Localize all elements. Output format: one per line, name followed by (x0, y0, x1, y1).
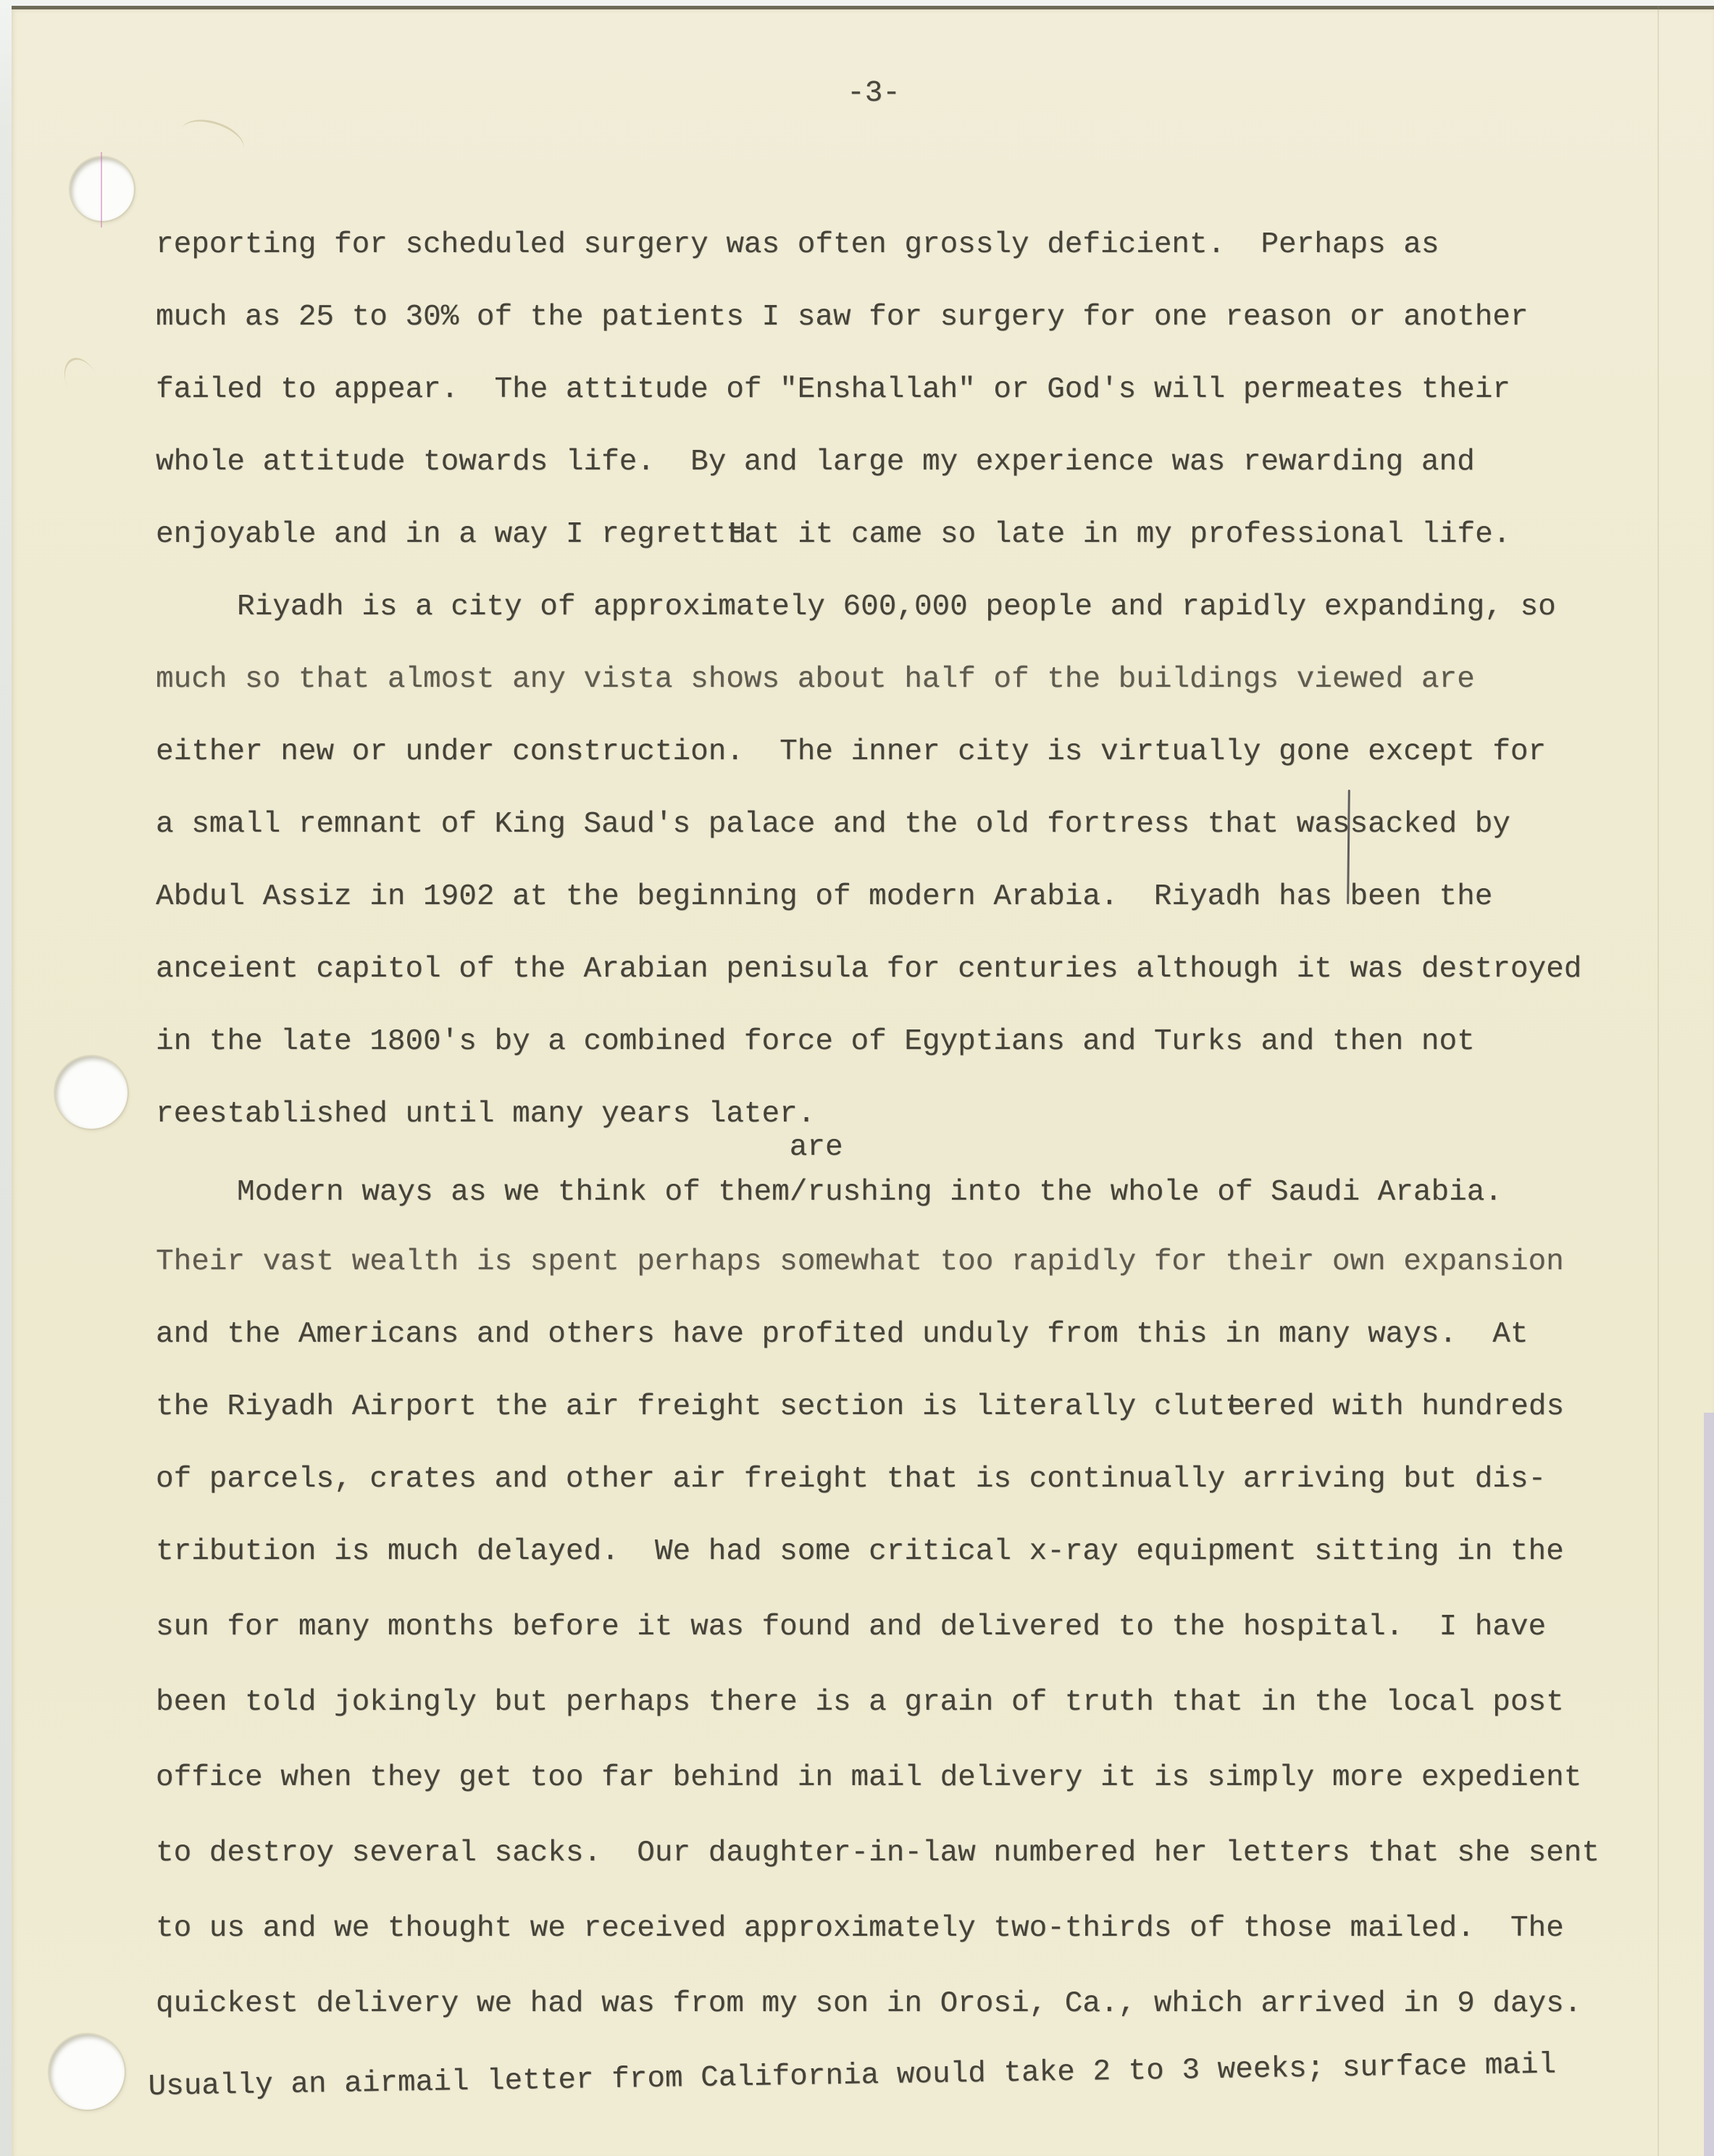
text-line: reestablished until many years later. (156, 1095, 815, 1133)
text-line: quickest delivery we had was from my son… (156, 1985, 1581, 2023)
text-line: sun for many months before it was found … (156, 1608, 1546, 1646)
scanned-letter-page: { "page": { "number_label": "-3-" }, "co… (0, 0, 1714, 2156)
text-line: either new or under construction. The in… (156, 733, 1546, 771)
text-line: been told jokingly but perhaps there is … (156, 1684, 1564, 1721)
text-line: Abdul Assiz in 1902 at the beginning of … (156, 878, 1492, 916)
overstruck-characters: te (1225, 1388, 1243, 1426)
text-line-with-pen-mark: a small remnant of King Saud's palace an… (156, 806, 1510, 843)
overstruck-characters: tH (726, 516, 744, 553)
text-line: in the late 1800's by a combined force o… (156, 1023, 1475, 1061)
text-line: office when they get too far behind in m… (156, 1759, 1581, 1797)
paper-crease (1657, 6, 1659, 2156)
text-line: of parcels, crates and other air freight… (156, 1461, 1546, 1498)
inserted-word-are: are (790, 1129, 843, 1166)
text-line: whole attitude towards life. By and larg… (156, 443, 1475, 481)
hole-punch-top (70, 157, 134, 221)
text-line-with-overstrike: enjoyable and in a way I regretttHat it … (156, 516, 1510, 553)
text-line: much as 25 to 30% of the patients I saw … (156, 298, 1529, 336)
hole-punch-middle (55, 1056, 127, 1129)
text-line: to us and we thought we received approxi… (156, 1910, 1564, 1947)
text-line: anceient capitol of the Arabian penisula… (156, 950, 1581, 988)
text-line: failed to appear. The attitude of "Ensha… (156, 371, 1510, 409)
text-line: Their vast wealth is spent perhaps somew… (156, 1243, 1564, 1281)
scanner-artifact-line (101, 152, 102, 227)
insertion-point: /are (790, 1174, 808, 1211)
text-line: to destroy several sacks. Our daughter-i… (156, 1834, 1600, 1872)
text-line: reporting for scheduled surgery was ofte… (156, 226, 1439, 264)
text-line-with-overstrike: the Riyadh Airport the air freight secti… (156, 1388, 1564, 1426)
text-line-with-insertion: Modern ways as we think of them/arerushi… (156, 1174, 1502, 1211)
page-number: -3- (847, 77, 900, 110)
text-line: much so that almost any vista shows abou… (156, 661, 1475, 698)
text-line: and the Americans and others have profit… (156, 1316, 1529, 1353)
paper-right-edge (1704, 1413, 1714, 2156)
hole-punch-bottom (49, 2034, 125, 2110)
text-line: tribution is much delayed. We had some c… (156, 1533, 1564, 1571)
text-line: Riyadh is a city of approximately 600,00… (156, 588, 1556, 626)
